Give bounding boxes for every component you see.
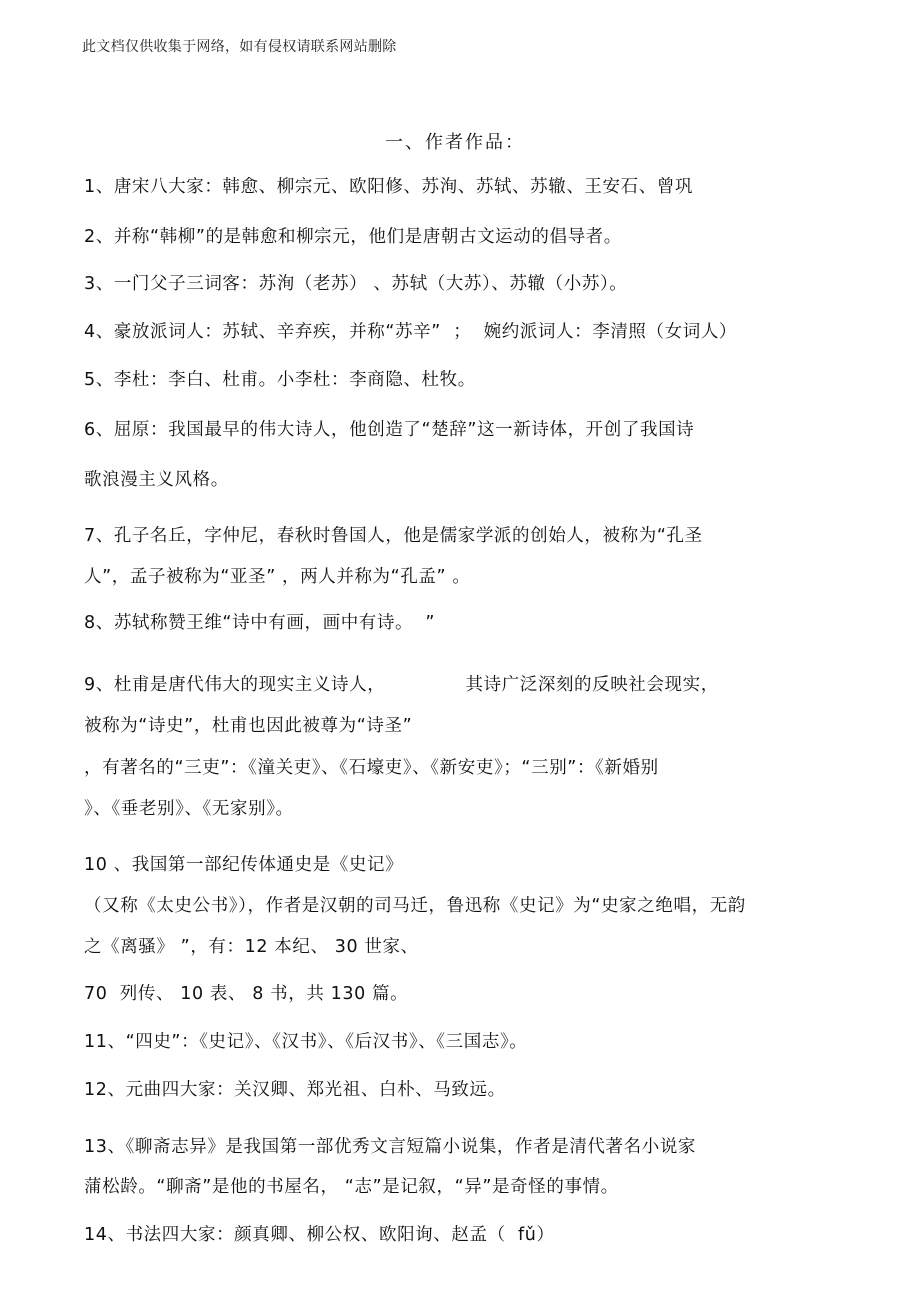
item-10: 10 、我国第一部纪传体通史是《史记》: [84, 853, 403, 877]
item-9-cont-1: 被称为“诗史”，杜甫也因此被尊为“诗圣”: [84, 714, 412, 738]
item-9: 9、杜甫是唐代伟大的现实主义诗人， 其诗广泛深刻的反映社会现实，: [84, 673, 719, 697]
item-13-cont: 蒲松龄。“聊斋”是他的书屋名， “志”是记叙，“异”是奇怪的事情。: [84, 1175, 619, 1199]
document-page: 此文档仅供收集于网络，如有侵权请联系网站删除 一、作者作品： 1、唐宋八大家：韩…: [0, 0, 920, 1303]
item-13: 13、《聊斋志异》是我国第一部优秀文言短篇小说集，作者是清代著名小说家: [84, 1135, 696, 1159]
item-9-cont-3: 》、《垂老别》、《无家别》。: [84, 797, 294, 821]
item-2: 2、并称“韩柳”的是韩愈和柳宗元，他们是唐朝古文运动的倡导者。: [84, 225, 622, 249]
item-4: 4、豪放派词人：苏轼、辛弃疾，并称“苏辛” ； 婉约派词人：李清照（女词人）: [84, 320, 737, 344]
section-title: 一、作者作品：: [385, 128, 525, 154]
item-14: 14、书法四大家：颜真卿、柳公权、欧阳询、赵孟（ fǔ）: [84, 1223, 555, 1247]
item-6: 6、屈原：我国最早的伟大诗人，他创造了“楚辞”这一新诗体，开创了我国诗: [84, 418, 694, 442]
item-7-cont: 人”，孟子被称为“亚圣” ，两人并称为“孔孟” 。: [84, 565, 470, 589]
item-10-cont-2: 之《离骚》 ”，有：12 本纪、 30 世家、: [84, 935, 419, 959]
item-5: 5、李杜：李白、杜甫。小李杜：李商隐、杜牧。: [84, 368, 476, 392]
watermark-header: 此文档仅供收集于网络，如有侵权请联系网站删除: [82, 36, 397, 56]
item-8: 8、苏轼称赞王维“诗中有画，画中有诗。 ”: [84, 611, 435, 635]
item-7: 7、孔子名丘，字仲尼，春秋时鲁国人，他是儒家学派的创始人，被称为“孔圣: [84, 524, 703, 548]
item-10-cont-1: （又称《太史公书》），作者是汉朝的司马迁，鲁迅称《史记》为“史家之绝唱，无韵: [84, 894, 746, 918]
item-11: 11、“四史”：《史记》、《汉书》、《后汉书》、《三国志》。: [84, 1030, 527, 1054]
item-9-cont-2: ，有著名的“三吏”：《潼关吏》、《石壕吏》、《新安吏》；“三别”：《新婚别: [84, 756, 659, 780]
item-12: 12、元曲四大家：关汉卿、郑光祖、白朴、马致远。: [84, 1078, 506, 1102]
item-10-cont-3: 70 列传、 10 表、 8 书，共 130 篇。: [84, 982, 408, 1006]
item-1: 1、唐宋八大家：韩愈、柳宗元、欧阳修、苏洵、苏轼、苏辙、王安石、曾巩: [84, 175, 693, 199]
item-6-cont: 歌浪漫主义风格。: [84, 468, 229, 492]
item-3: 3、一门父子三词客：苏洵（老苏） 、苏轼（大苏）、苏辙（小苏）。: [84, 272, 627, 296]
